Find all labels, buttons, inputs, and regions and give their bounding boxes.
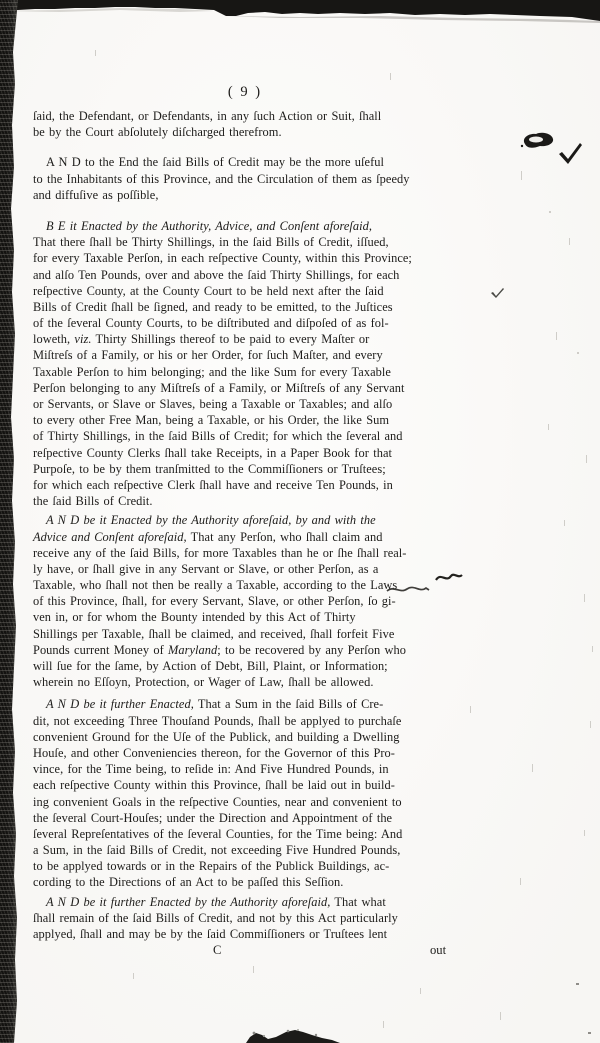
text-line: to every other Free Man, being a Taxable… <box>33 412 457 428</box>
text-column: ( 9 ) ſaid, the Defendant, or Defendants… <box>33 84 457 960</box>
signature-line: C out <box>33 943 457 960</box>
text-line: the ſeveral Court-Houſes; under the Dire… <box>33 810 457 826</box>
text-line: B E it Enacted by the Authority, Advice,… <box>33 218 457 234</box>
text-line: Bills of Credit ſhall be ſigned, and rea… <box>33 299 457 315</box>
text-line: A N D be it further Enacted by the Autho… <box>33 894 457 910</box>
text-line: A N D be it Enacted by the Authority afo… <box>33 512 457 528</box>
text-line: Advice and Conſent aforeſaid, That any P… <box>33 529 457 545</box>
text-line: Taxable Perſon to him belonging; and the… <box>33 364 457 380</box>
text-line: ly have, or ſhall give in any Servant or… <box>33 561 457 577</box>
checkmark-small-icon <box>490 287 506 305</box>
text-line: a Sum, in the ſaid Bills of Credit, not … <box>33 842 457 858</box>
text-line: Perſon belonging to any Miſtreſs of a Fa… <box>33 380 457 396</box>
catchword: out <box>430 943 446 958</box>
text-line: will ſue for the ſame, by Action of Debt… <box>33 658 457 674</box>
text-line: applyed, ſhall and may be by the ſaid Co… <box>33 926 457 942</box>
text-line: reſpective County, at the County Court t… <box>33 283 457 299</box>
text-line: dit, not exceeding Three Thouſand Pounds… <box>33 713 457 729</box>
scan-edge-left <box>0 0 18 1043</box>
text-line: and alſo Ten Pounds, over and above the … <box>33 267 457 283</box>
text-line: Pounds current Money of Maryland; to be … <box>33 642 457 658</box>
signature-mark: C <box>213 943 221 958</box>
text-line: ſeveral Repreſentatives of the ſeveral C… <box>33 826 457 842</box>
text-line: each reſpective County within this Provi… <box>33 777 457 793</box>
text-line: for which each reſpective Clerk ſhall ha… <box>33 477 457 493</box>
text-line: loweth, viz. Thirty Shillings thereof to… <box>33 331 457 347</box>
text-line: A N D to the End the ſaid Bills of Credi… <box>33 154 457 170</box>
text-line: ven in, or for whom the Bounty intended … <box>33 609 457 625</box>
text-line: of this Province, ſhall, for every Serva… <box>33 593 457 609</box>
scan-edge-top <box>0 0 600 24</box>
text-line: be by the Court abſolutely diſcharged th… <box>33 124 457 140</box>
paragraph-3: B E it Enacted by the Authority, Advice,… <box>33 218 457 509</box>
scan-smudge-bottom <box>240 1028 345 1043</box>
paragraph-2: A N D to the End the ſaid Bills of Credi… <box>33 154 457 203</box>
checkmark-large-icon <box>556 141 584 172</box>
paragraph-1: ſaid, the Defendant, or Defendants, in a… <box>33 108 457 140</box>
paragraph-4: A N D be it Enacted by the Authority afo… <box>33 512 457 690</box>
text-line: reſpective County Clerks ſhall take Rece… <box>33 445 457 461</box>
text-line: of Thirty Shillings, in the ſaid Bills o… <box>33 428 457 444</box>
text-line: to the Inhabitants of this Province, and… <box>33 171 457 187</box>
text-line: the ſaid Bills of Credit. <box>33 493 457 509</box>
text-line: for every Taxable Perſon, in each reſpec… <box>33 250 457 266</box>
text-line: convenient Ground for the Uſe of the Pub… <box>33 729 457 745</box>
text-line: vince, for the Time being, to reſide in:… <box>33 761 457 777</box>
text-line: ſaid, the Defendant, or Defendants, in a… <box>33 108 457 124</box>
text-line: of the ſeveral County Courts, to be diſt… <box>33 315 457 331</box>
text-line: cording to the Directions of an Act to b… <box>33 874 457 890</box>
text-line: Taxable, who ſhall not then be really a … <box>33 577 457 593</box>
text-line: A N D be it further Enacted, That a Sum … <box>33 696 457 712</box>
text-line: Purpoſe, to be by them tranſmitted to th… <box>33 461 457 477</box>
text-line: to be applyed towards or in the Repairs … <box>33 858 457 874</box>
ink-blob-mark <box>519 130 559 159</box>
text-line: receive any of the ſaid Bills, for more … <box>33 545 457 561</box>
text-line: ſhall remain of the ſaid Bills of Credit… <box>33 910 457 926</box>
scanned-page: { "page": { "number": "( 9 )", "signatur… <box>0 0 600 1043</box>
text-line: That there ſhall be Thirty Shillings, in… <box>33 234 457 250</box>
text-line: ing convenient Goals in the reſpective C… <box>33 794 457 810</box>
text-line: Houſe, and other Conveniencies thereon, … <box>33 745 457 761</box>
page-number: ( 9 ) <box>33 84 457 101</box>
paragraph-5: A N D be it further Enacted, That a Sum … <box>33 696 457 890</box>
paragraph-6: A N D be it further Enacted by the Autho… <box>33 894 457 943</box>
text-line: Miſtreſs of a Family, or his or her Orde… <box>33 347 457 363</box>
text-line: Shillings per Taxable, ſhall be claimed,… <box>33 626 457 642</box>
text-line: and diffuſive as poſſible, <box>33 187 457 203</box>
text-line: wherein no Eſſoyn, Protection, or Wager … <box>33 674 457 690</box>
text-line: or Servants, or Slave or Slaves, being a… <box>33 396 457 412</box>
